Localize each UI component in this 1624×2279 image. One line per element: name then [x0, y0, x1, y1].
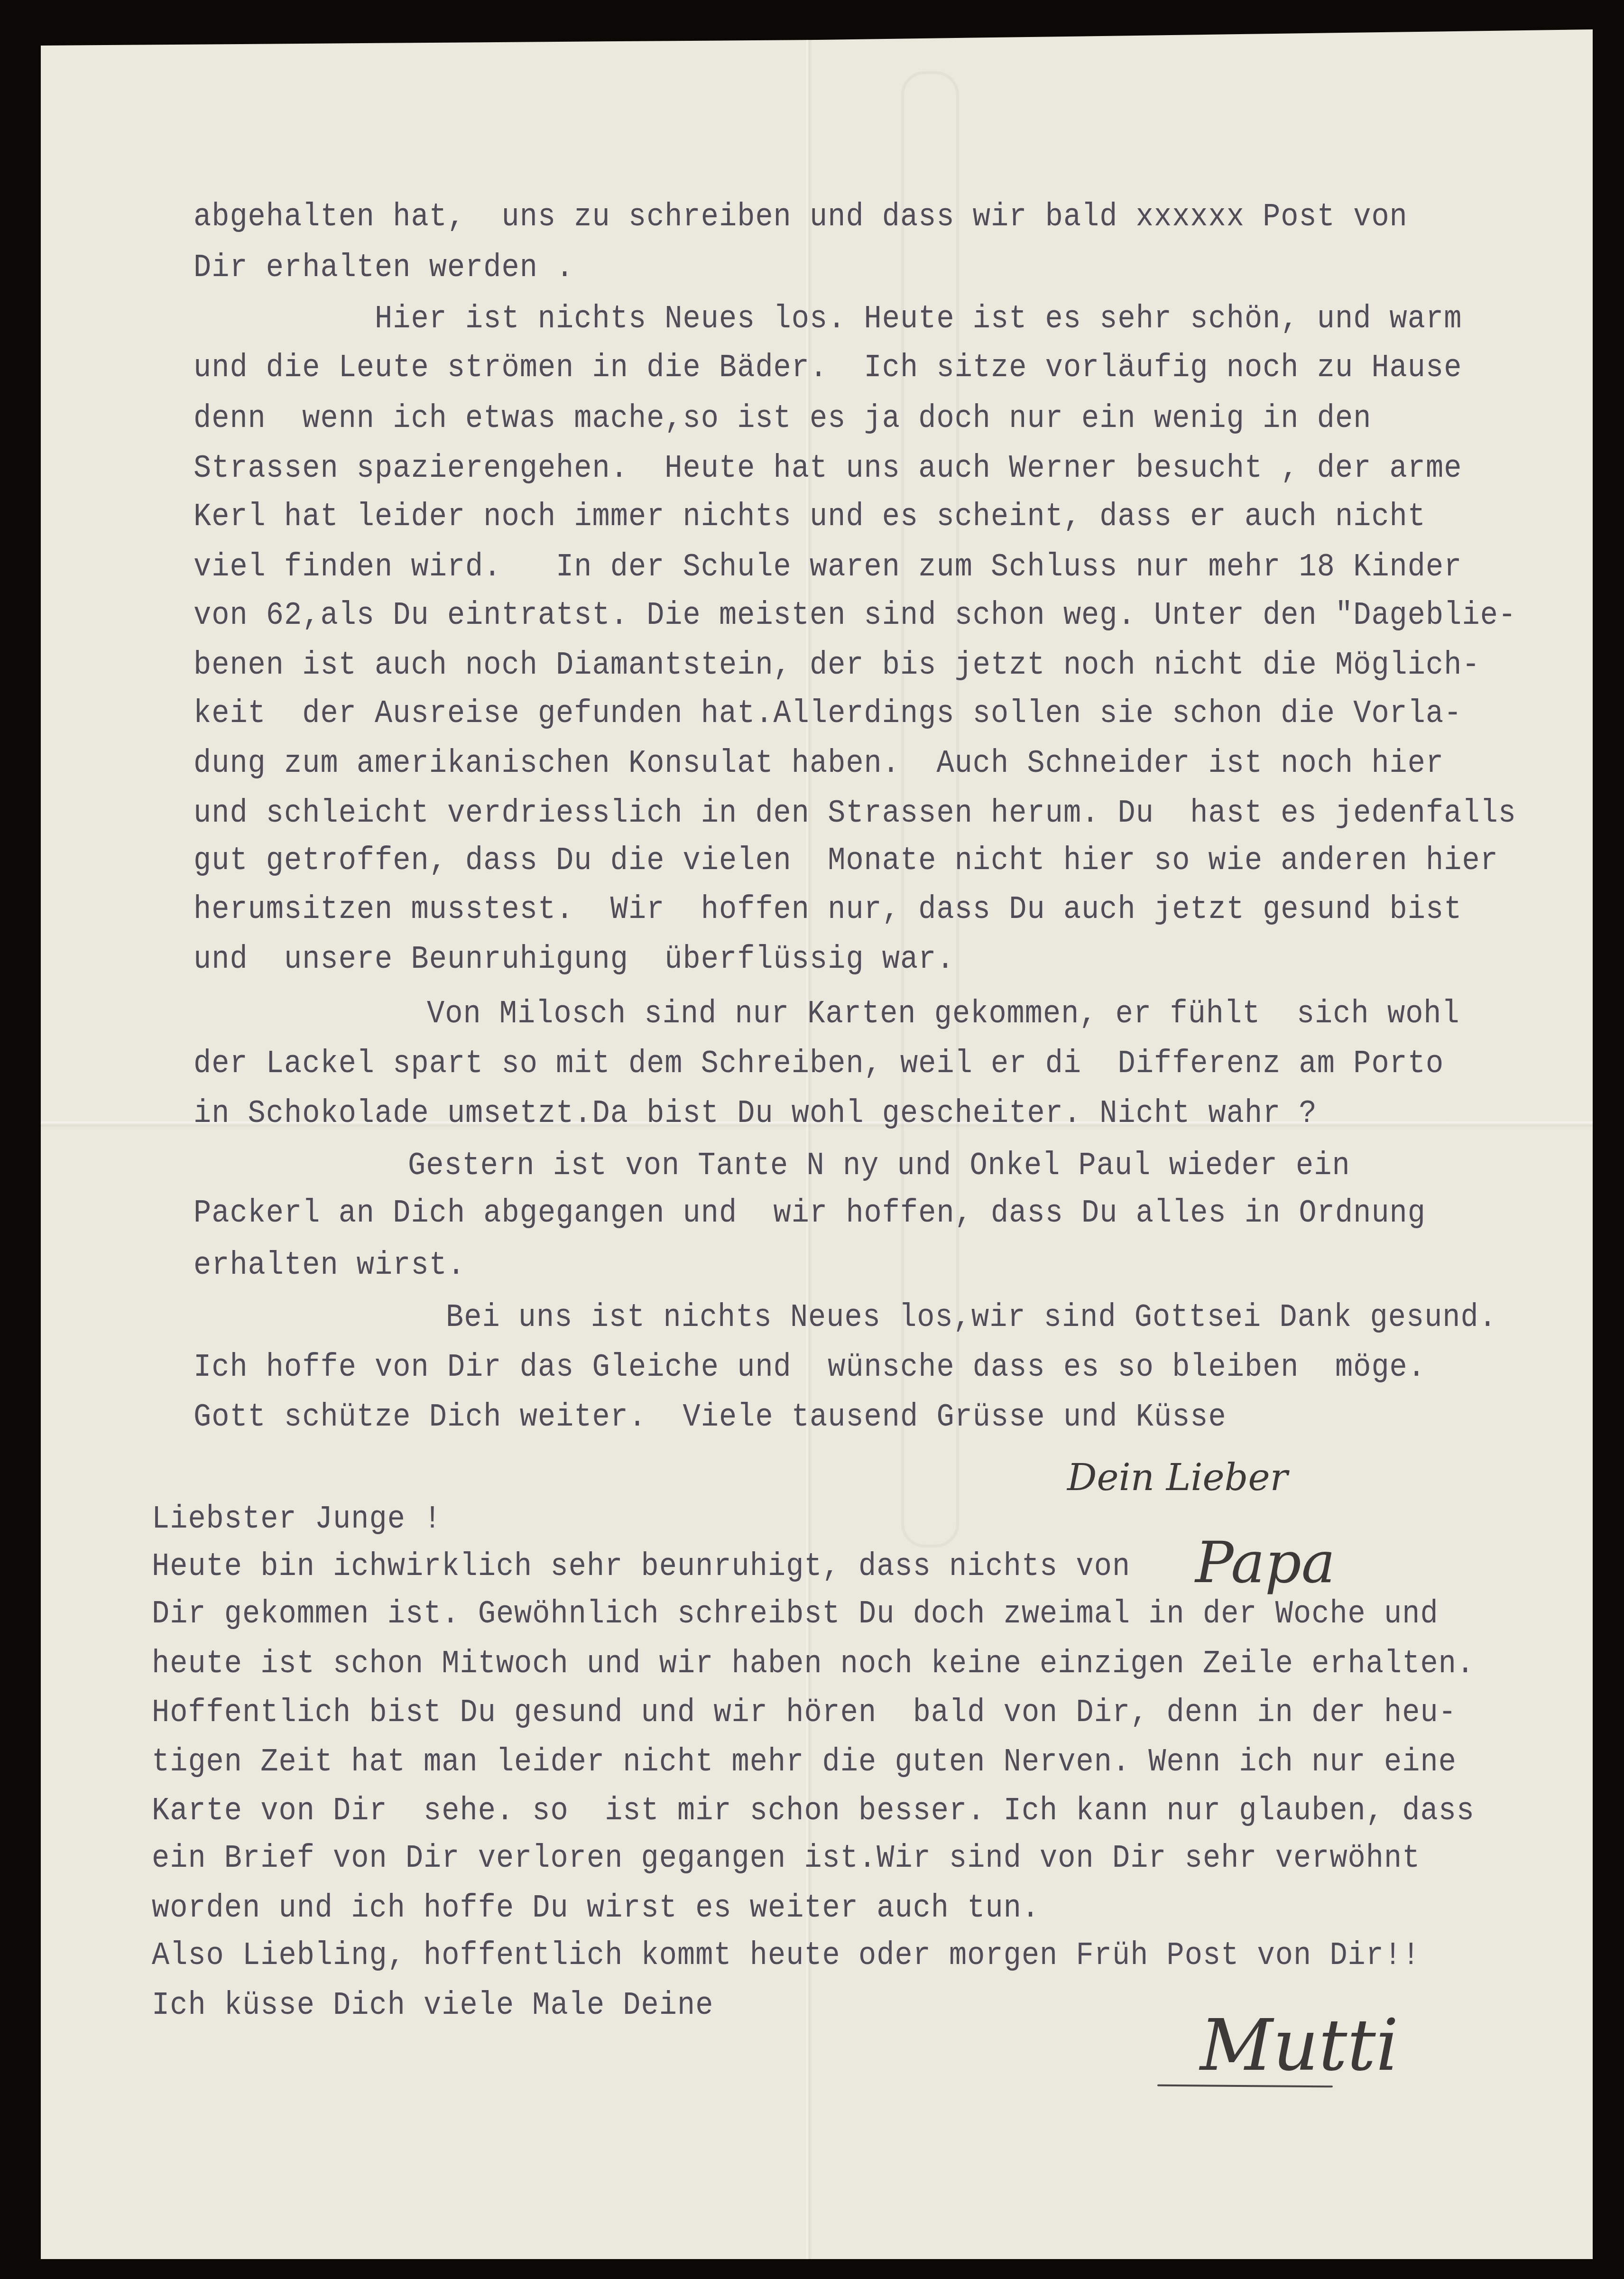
letter-line: Hier ist nichts Neues los. Heute ist es … [375, 300, 1462, 337]
letter-line: Bei uns ist nichts Neues los,wir sind Go… [446, 1299, 1497, 1336]
salutation: Liebster Junge ! [152, 1501, 442, 1538]
letter-line: Dir gekommen ist. Gewöhnlich schreibst D… [152, 1595, 1439, 1632]
letter-line: und die Leute strömen in die Bäder. Ich … [194, 349, 1462, 386]
letter-line: Heute bin ichwirklich sehr beunruhigt, d… [152, 1548, 1130, 1585]
handwritten-signature-papa: Papa [1195, 1530, 1335, 1596]
letter-line: Gestern ist von Tante N ny und Onkel Pau… [408, 1147, 1350, 1184]
letter-line: abgehalten hat, uns zu schreiben und das… [194, 198, 1408, 235]
letter-line: Packerl an Dich abgegangen und wir hoffe… [194, 1195, 1426, 1232]
letter-line: und unsere Beunruhigung überflüssig war. [194, 941, 955, 978]
letter-line: heute ist schon Mitwoch und wir haben no… [152, 1645, 1475, 1682]
letter-line: Gott schütze Dich weiter. Viele tausend … [194, 1399, 1227, 1436]
letter-line: Hoffentlich bist Du gesund und wir hören… [152, 1694, 1457, 1731]
letter-line: ein Brief von Dir verloren gegangen ist.… [152, 1840, 1420, 1877]
letter-line: Also Liebling, hoffentlich kommt heute o… [152, 1937, 1420, 1974]
letter-line: Ich hoffe von Dir das Gleiche und wünsch… [194, 1349, 1426, 1386]
letter-line: Von Milosch sind nur Karten gekommen, er… [427, 995, 1460, 1032]
letter-line: worden und ich hoffe Du wirst es weiter … [152, 1890, 1040, 1927]
letter-line: in Schokolade umsetzt.Da bist Du wohl ge… [194, 1095, 1317, 1132]
letter-line: erhalten wirst. [194, 1247, 465, 1284]
letter-line: benen ist auch noch Diamantstein, der bi… [194, 647, 1480, 684]
letter-line: von 62,als Du eintratst. Die meisten sin… [194, 597, 1516, 634]
letter-line: Strassen spazierengehen. Heute hat uns a… [194, 450, 1462, 487]
closing-line: Ich küsse Dich viele Male Deine [152, 1987, 713, 2024]
letter-line: Dir erhalten werden . [194, 249, 574, 286]
letter-line: und schleicht verdriesslich in den Stras… [194, 795, 1516, 832]
letter-line: dung zum amerikanischen Konsulat haben. … [194, 745, 1444, 782]
letter-line: keit der Ausreise gefunden hat.Allerding… [194, 695, 1462, 732]
letter-line: gut getroffen, dass Du die vielen Monate… [194, 842, 1498, 879]
handwritten-signature-mutti: Mutti [1200, 2004, 1399, 2087]
handwritten-closing: Dein Lieber [1067, 1456, 1288, 1499]
letter-line: viel finden wird. In der Schule waren zu… [194, 548, 1462, 585]
letter-line: herumsitzen musstest. Wir hoffen nur, da… [194, 891, 1462, 928]
letter-line: tigen Zeit hat man leider nicht mehr die… [152, 1743, 1457, 1780]
letter-line: Kerl hat leider noch immer nichts und es… [194, 498, 1426, 535]
letter-line: Karte von Dir sehe. so ist mir schon bes… [152, 1792, 1475, 1829]
letter-line: denn wenn ich etwas mache,so ist es ja d… [194, 400, 1371, 437]
letter-line: der Lackel spart so mit dem Schreiben, w… [194, 1045, 1444, 1082]
